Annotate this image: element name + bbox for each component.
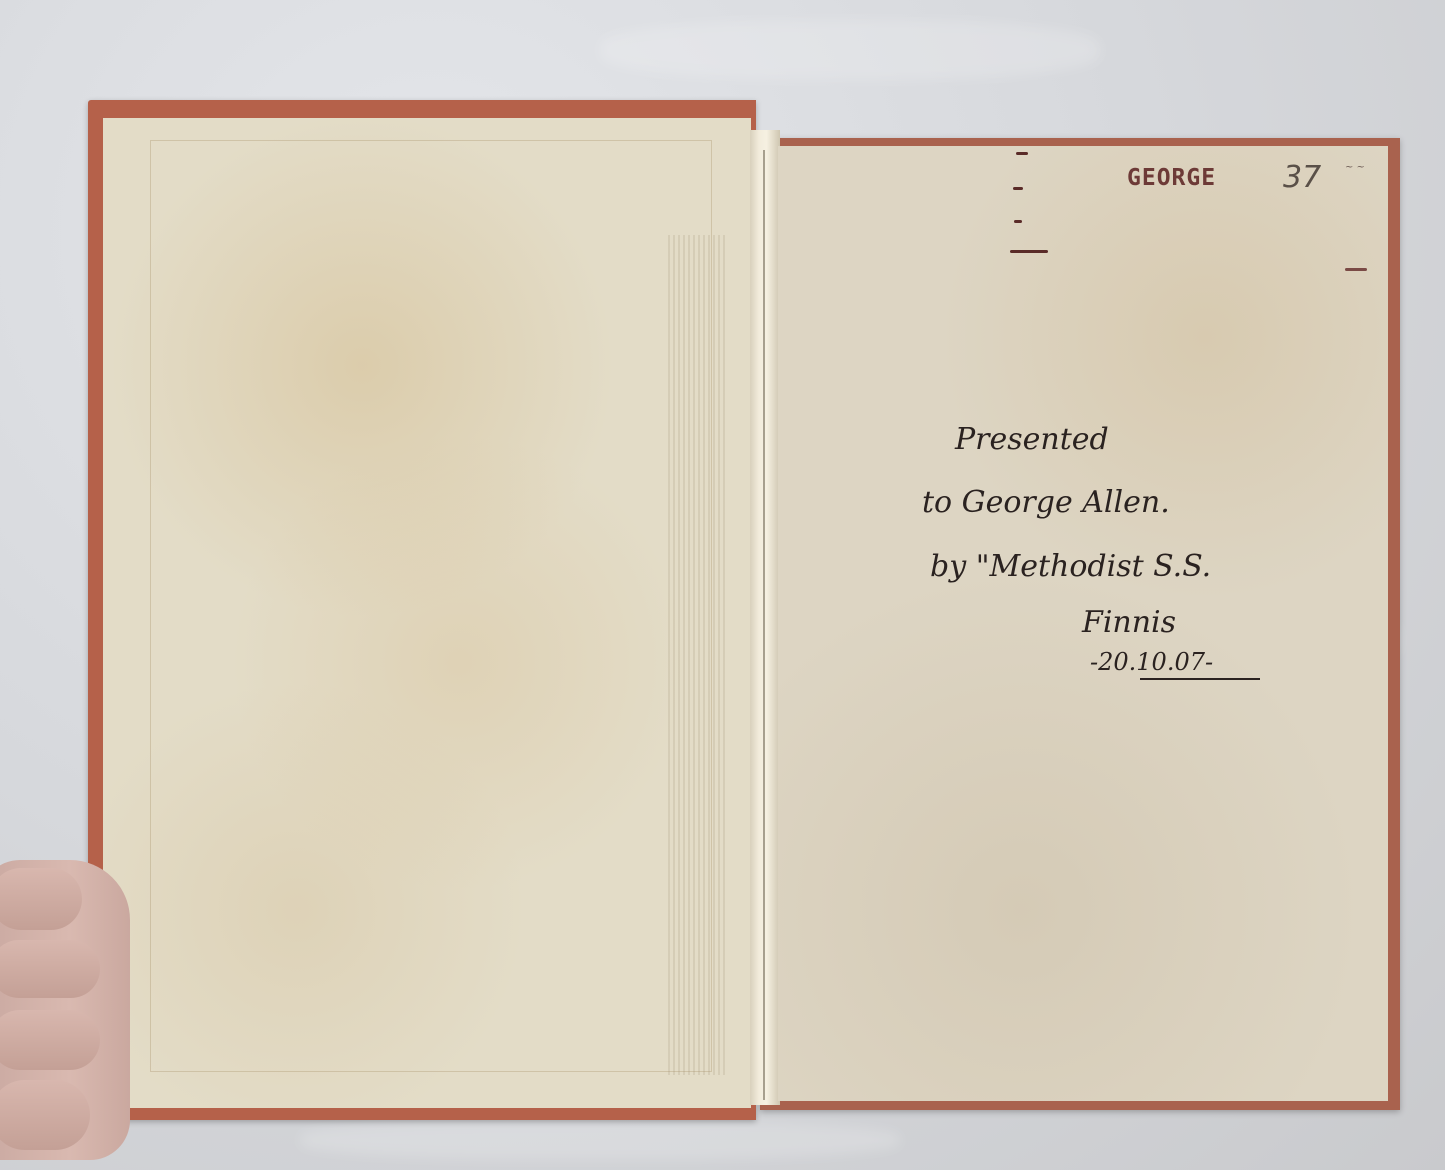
finger [0, 940, 100, 998]
ink-tick [1013, 187, 1023, 190]
inscription-date: -20.10.07- [1090, 650, 1213, 674]
inscription-line-3: by "Methodist S.S. [930, 552, 1211, 582]
finger [0, 868, 82, 930]
ink-tick [1010, 250, 1048, 253]
pencil-number: 37 [1283, 160, 1321, 195]
cloth-fold [300, 1120, 900, 1160]
ink-tick [1016, 152, 1028, 155]
inscription-line-2: to George Allen. [922, 488, 1170, 518]
cloth-fold [600, 20, 1100, 80]
inscription-line-4: Finnis [1082, 608, 1176, 638]
finger [0, 1080, 90, 1150]
ink-tick [1345, 268, 1367, 271]
finger [0, 1010, 100, 1070]
gutter-fold [763, 150, 765, 1100]
ink-tick [1014, 220, 1022, 223]
endpaper-impression [150, 140, 712, 1072]
book-gutter [750, 130, 780, 1105]
date-underline [1140, 678, 1260, 680]
owner-stamp: GEORGE [1127, 165, 1216, 191]
inscription-line-1: Presented [955, 425, 1109, 455]
hinge-texture [668, 235, 728, 1075]
pencil-mark: ~ ~ [1345, 162, 1365, 173]
